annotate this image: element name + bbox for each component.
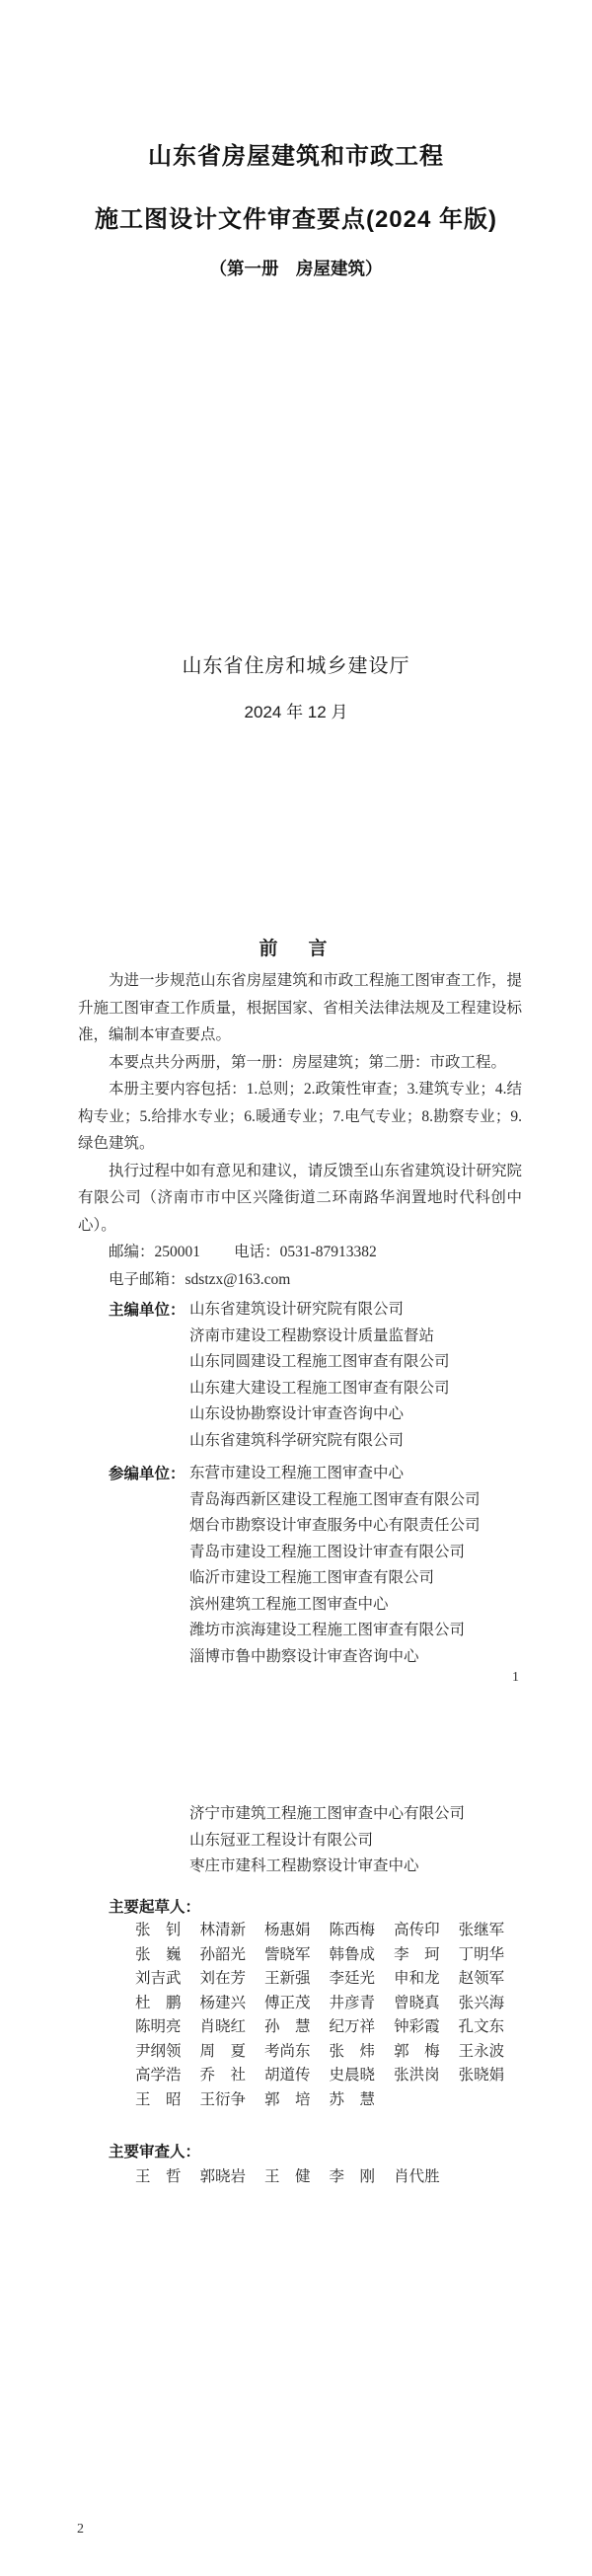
drafter-name: 张洪岗 — [394, 2064, 440, 2088]
chief-editor-units-list: 山东省建筑设计研究院有限公司济南市建设工程勘察设计质量监督站山东同圆建设工程施工… — [189, 1297, 556, 1454]
reviewer-name: 王 健 — [264, 2165, 311, 2190]
drafters-label: 主要起草人： — [109, 1895, 200, 1917]
drafter-name: 考尚东 — [264, 2040, 311, 2065]
contact-line-email: 电子邮箱：sdstzx@163.com — [78, 1266, 522, 1294]
drafter-name: 孙韶光 — [200, 1943, 247, 1968]
drafter-name: 孔文东 — [459, 2015, 505, 2040]
preface-page-2: 济宁市建筑工程施工图审查中心有限公司山东冠亚工程设计有限公司枣庄市建科工程勘察设… — [0, 1717, 592, 2576]
drafter-name: 胡道传 — [264, 2064, 311, 2088]
drafter-name: 张 钊 — [135, 1919, 182, 1943]
drafter-name: 尹纲领 — [135, 2040, 182, 2065]
editor-unit-item: 山东省建筑设计研究院有限公司 — [189, 1297, 556, 1324]
drafter-name: 林清新 — [200, 1919, 247, 1943]
page-number-2: 2 — [77, 2522, 84, 2538]
drafter-name: 周 夏 — [200, 2040, 247, 2065]
drafter-name: 曾晓真 — [394, 1992, 440, 2016]
participating-unit-item: 济宁市建筑工程施工图审查中心有限公司 — [189, 1801, 556, 1828]
drafter-name: 陈明亮 — [135, 2015, 182, 2040]
drafter-name: 李廷光 — [330, 1967, 376, 1992]
drafter-name: 杜 鹏 — [135, 1992, 182, 2016]
drafter-name: 乔 社 — [200, 2064, 247, 2088]
reviewer-row: 王 哲郭晓岩王 健李 刚肖代胜 — [135, 2165, 459, 2190]
drafter-name: 王 昭 — [135, 2088, 182, 2113]
drafter-row: 刘吉武刘在芳王新强李廷光申和龙赵领军 — [135, 1967, 523, 1992]
drafter-name: 郭 梅 — [394, 2040, 440, 2065]
participating-unit-item: 临沂市建设工程施工图审查有限公司 — [189, 1565, 556, 1592]
drafter-row: 张 钊林清新杨惠娟陈西梅高传印张继军 — [135, 1919, 523, 1943]
drafter-name: 李 珂 — [394, 1943, 440, 1968]
drafter-name: 张继军 — [459, 1919, 505, 1943]
drafter-name: 丁明华 — [459, 1943, 505, 1968]
drafter-name: 王永波 — [459, 2040, 505, 2065]
reviewer-name: 李 刚 — [330, 2165, 376, 2190]
drafter-name: 井彦青 — [330, 1992, 376, 2016]
drafter-name: 高传印 — [394, 1919, 440, 1943]
drafter-name: 钟彩霞 — [394, 2015, 440, 2040]
drafter-name: 赵领军 — [459, 1967, 505, 1992]
participating-unit-item: 滨州建筑工程施工图审查中心 — [189, 1592, 556, 1619]
drafter-name: 王衍争 — [200, 2088, 247, 2113]
editor-unit-item: 山东省建筑科学研究院有限公司 — [189, 1428, 556, 1455]
document-subtitle: （第一册 房屋建筑） — [0, 256, 592, 280]
reviewers-name-rows: 王 哲郭晓岩王 健李 刚肖代胜 — [135, 2165, 459, 2190]
participating-unit-item: 潍坊市滨海建设工程施工图审查有限公司 — [189, 1618, 556, 1644]
participating-unit-item: 枣庄市建科工程勘察设计审查中心 — [189, 1854, 556, 1880]
drafter-name: 张兴海 — [459, 1992, 505, 2016]
cover-page: 山东省房屋建筑和市政工程 施工图设计文件审查要点(2024 年版) （第一册 房… — [0, 0, 592, 859]
participating-units-continued-list: 济宁市建筑工程施工图审查中心有限公司山东冠亚工程设计有限公司枣庄市建科工程勘察设… — [189, 1801, 556, 1880]
page-number-1: 1 — [512, 1670, 519, 1686]
postal-code: 邮编：250001 — [109, 1244, 200, 1260]
drafter-name: 訾晓军 — [264, 1943, 311, 1968]
contact-line-postal-phone: 邮编：250001电话：0531-87913382 — [78, 1239, 522, 1266]
preface-paragraphs: 为进一步规范山东省房屋建筑和市政工程施工图审查工作，提升施工图审查工作质量，根据… — [78, 967, 522, 1239]
publish-date: 2024 年 12 月 — [0, 698, 592, 722]
editor-unit-item: 山东设协勘察设计审查咨询中心 — [189, 1402, 556, 1428]
editor-unit-item: 山东同圆建设工程施工图审查有限公司 — [189, 1349, 556, 1376]
reviewers-label: 主要审查人： — [109, 2140, 200, 2161]
drafter-name: 刘吉武 — [135, 1967, 182, 1992]
reviewer-name: 王 哲 — [135, 2165, 182, 2190]
phone-number: 电话：0531-87913382 — [234, 1244, 377, 1260]
document-title-line2: 施工图设计文件审查要点(2024 年版) — [0, 199, 592, 234]
drafter-name: 孙 慧 — [264, 2015, 311, 2040]
chief-editor-units-label: 主编单位： — [109, 1297, 185, 1324]
drafter-name: 杨惠娟 — [264, 1919, 311, 1943]
drafter-name: 刘在芳 — [200, 1967, 247, 1992]
drafter-name: 张 炜 — [330, 2040, 376, 2065]
participating-unit-item: 东营市建设工程施工图审查中心 — [189, 1461, 556, 1487]
drafter-row: 王 昭王衍争郭 培苏 慧 — [135, 2088, 523, 2113]
document-title-line1: 山东省房屋建筑和市政工程 — [0, 136, 592, 171]
reviewer-name: 肖代胜 — [394, 2165, 440, 2190]
preface-body: 为进一步规范山东省房屋建筑和市政工程施工图审查工作，提升施工图审查工作质量，根据… — [78, 967, 522, 1293]
chief-editor-units-section: 主编单位： 山东省建筑设计研究院有限公司济南市建设工程勘察设计质量监督站山东同圆… — [109, 1297, 556, 1454]
participating-unit-item: 山东冠亚工程设计有限公司 — [189, 1828, 556, 1855]
drafter-name: 韩鲁成 — [330, 1943, 376, 1968]
participating-unit-item: 青岛市建设工程施工图设计审查有限公司 — [189, 1540, 556, 1566]
drafter-name: 杨建兴 — [200, 1992, 247, 2016]
drafter-row: 尹纲领周 夏考尚东张 炜郭 梅王永波 — [135, 2040, 523, 2065]
publisher: 山东省住房和城乡建设厅 — [0, 649, 592, 678]
preface-paragraph: 本要点共分两册，第一册：房屋建筑；第二册：市政工程。 — [78, 1049, 522, 1077]
participating-units-list: 东营市建设工程施工图审查中心青岛海西新区建设工程施工图审查有限公司烟台市勘察设计… — [189, 1461, 556, 1670]
drafter-name: 王新强 — [264, 1967, 311, 1992]
email-address: 电子邮箱：sdstzx@163.com — [109, 1271, 290, 1288]
drafter-name: 申和龙 — [394, 1967, 440, 1992]
drafter-name: 陈西梅 — [330, 1919, 376, 1943]
editor-unit-item: 济南市建设工程勘察设计质量监督站 — [189, 1324, 556, 1350]
participating-unit-item: 淄博市鲁中勘察设计审查咨询中心 — [189, 1644, 556, 1671]
reviewer-name: 郭晓岩 — [200, 2165, 247, 2190]
drafter-row: 高学浩乔 社胡道传史晨晓张洪岗张晓娟 — [135, 2064, 523, 2088]
preface-heading: 前 言 — [0, 934, 592, 960]
drafter-name: 张晓娟 — [459, 2064, 505, 2088]
preface-paragraph: 为进一步规范山东省房屋建筑和市政工程施工图审查工作，提升施工图审查工作质量，根据… — [78, 967, 522, 1049]
editor-unit-item: 山东建大建设工程施工图审查有限公司 — [189, 1376, 556, 1402]
drafters-name-rows: 张 钊林清新杨惠娟陈西梅高传印张继军 张 巍孙韶光訾晓军韩鲁成李 珂丁明华 刘吉… — [135, 1919, 523, 2112]
preface-paragraph: 本册主要内容包括：1.总则；2.政策性审查；3.建筑专业；4.结构专业；5.给排… — [78, 1076, 522, 1158]
drafter-row: 杜 鹏杨建兴傅正茂井彦青曾晓真张兴海 — [135, 1992, 523, 2016]
preface-page-1: 前 言 为进一步规范山东省房屋建筑和市政工程施工图审查工作，提升施工图审查工作质… — [0, 859, 592, 1717]
preface-paragraph: 执行过程中如有意见和建议，请反馈至山东省建筑设计研究院有限公司（济南市市中区兴隆… — [78, 1158, 522, 1240]
drafter-name: 郭 培 — [264, 2088, 311, 2113]
drafter-name: 纪万祥 — [330, 2015, 376, 2040]
document: 山东省房屋建筑和市政工程 施工图设计文件审查要点(2024 年版) （第一册 房… — [0, 0, 592, 2576]
drafter-row: 陈明亮肖晓红孙 慧纪万祥钟彩霞孔文东 — [135, 2015, 523, 2040]
drafter-name: 史晨晓 — [330, 2064, 376, 2088]
drafter-name: 张 巍 — [135, 1943, 182, 1968]
participating-unit-item: 青岛海西新区建设工程施工图审查有限公司 — [189, 1487, 556, 1514]
participating-unit-item: 烟台市勘察设计审查服务中心有限责任公司 — [189, 1513, 556, 1540]
drafter-name: 傅正茂 — [264, 1992, 311, 2016]
participating-units-label: 参编单位： — [109, 1461, 185, 1487]
drafter-name: 肖晓红 — [200, 2015, 247, 2040]
drafter-name: 高学浩 — [135, 2064, 182, 2088]
participating-units-continued-section: 济宁市建筑工程施工图审查中心有限公司山东冠亚工程设计有限公司枣庄市建科工程勘察设… — [109, 1801, 556, 1880]
drafter-row: 张 巍孙韶光訾晓军韩鲁成李 珂丁明华 — [135, 1943, 523, 1968]
drafter-name: 苏 慧 — [330, 2088, 376, 2113]
participating-units-section: 参编单位： 东营市建设工程施工图审查中心青岛海西新区建设工程施工图审查有限公司烟… — [109, 1461, 556, 1670]
